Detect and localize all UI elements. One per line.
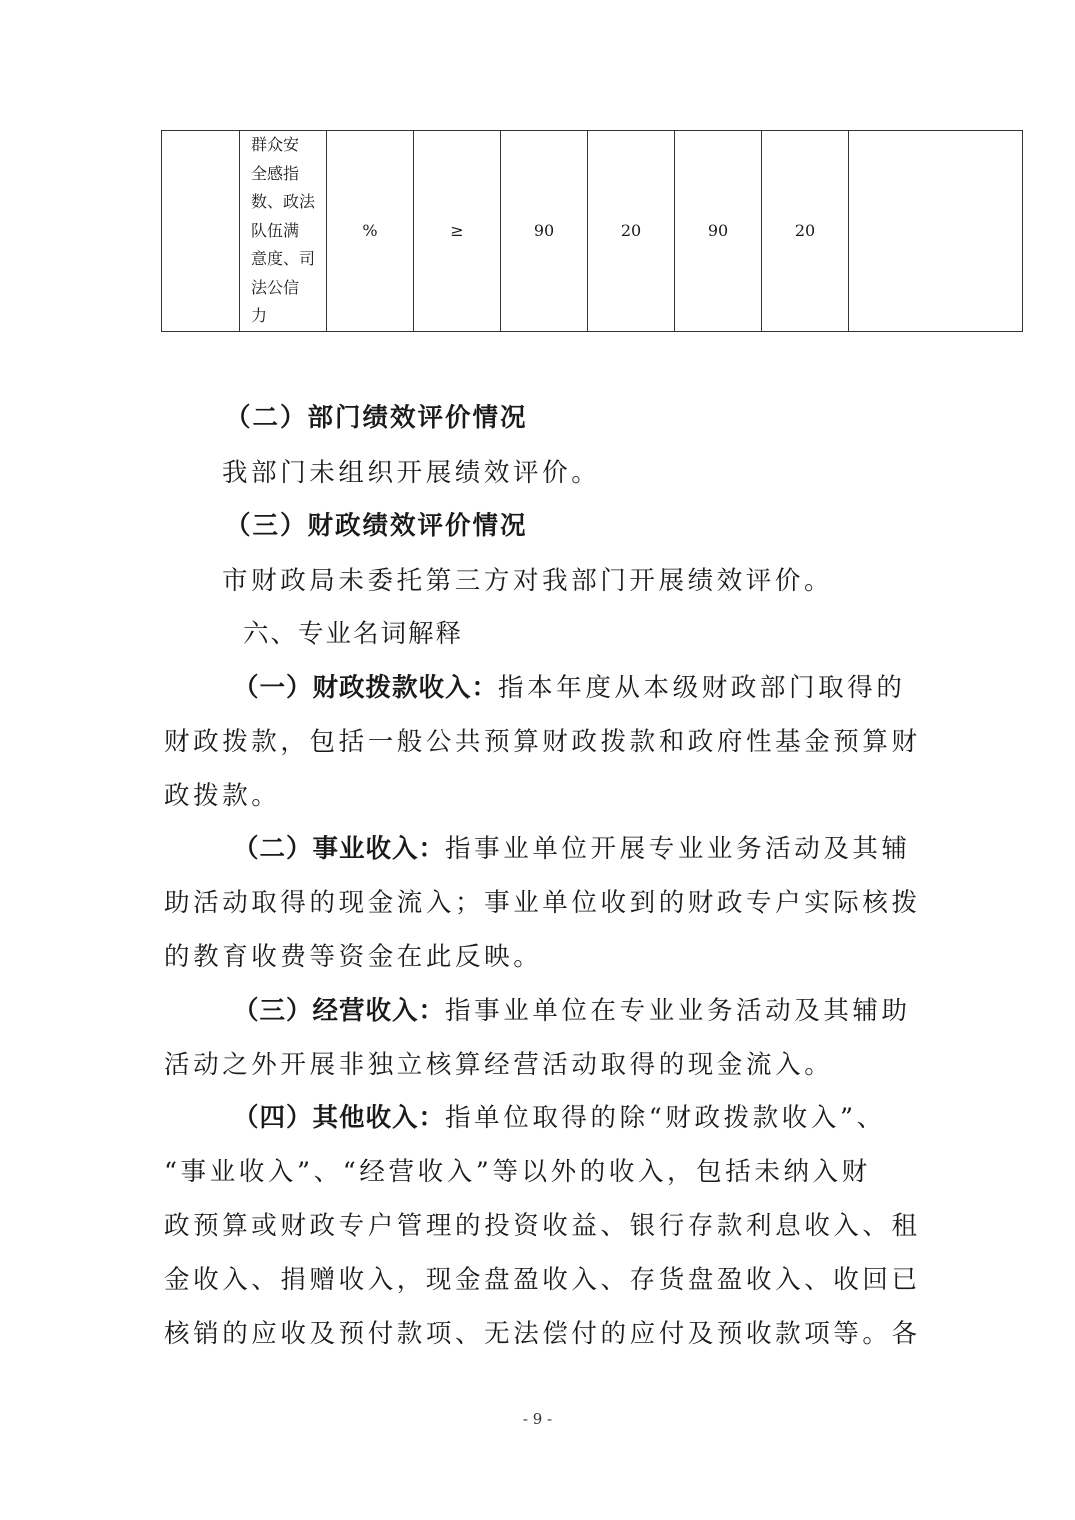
unit-cell: % [327, 131, 414, 332]
glossary-text: 指事业单位在专业业务活动及其辅助 [445, 996, 911, 1026]
weight-cell: 20 [588, 131, 675, 332]
indicator-line: 全感指 [251, 160, 326, 189]
operator-cell: ≥ [414, 131, 501, 332]
glossary-term: （二）事业收入： [233, 834, 445, 864]
indicator-line: 法公信 [251, 274, 326, 303]
glossary-item: （三）经营收入：指事业单位在专业业务活动及其辅助 [233, 991, 911, 1027]
glossary-text: 指单位取得的除“财政拨款收入”、 [445, 1103, 886, 1133]
glossary-text: 助活动取得的现金流入；事业单位收到的财政专户实际核拨 [164, 883, 921, 919]
glossary-heading: 六、专业名词解释 [243, 614, 463, 650]
indicator-line: 队伍满 [251, 217, 326, 246]
glossary-text: 财政拨款，包括一般公共预算财政拨款和政府性基金预算财 [164, 722, 921, 758]
performance-indicator-table: 群众安 全感指 数、政法 队伍满 意度、司 法公信 力 % ≥ 90 20 90… [161, 130, 1023, 332]
finance-eval-body: 市财政局未委托第三方对我部门开展绩效评价。 [222, 561, 833, 597]
glossary-text: 指事业单位开展专业业务活动及其辅 [445, 834, 911, 864]
indicator-name-cell: 群众安 全感指 数、政法 队伍满 意度、司 法公信 力 [240, 131, 327, 332]
glossary-item: （一）财政拨款收入：指本年度从本级财政部门取得的 [233, 668, 905, 704]
glossary-text: 核销的应收及预付款项、无法偿付的应付及预收款项等。各 [164, 1314, 921, 1350]
glossary-term: （四）其他收入： [233, 1103, 445, 1133]
indicator-line: 力 [251, 302, 326, 331]
glossary-text: 政拨款。 [164, 776, 280, 812]
target-value-cell: 90 [501, 131, 588, 332]
score-cell: 20 [762, 131, 849, 332]
glossary-item: （四）其他收入：指单位取得的除“财政拨款收入”、 [233, 1098, 886, 1134]
finance-eval-heading: （三）财政绩效评价情况 [225, 506, 528, 542]
glossary-text: 指本年度从本级财政部门取得的 [498, 673, 905, 703]
glossary-text: 政预算或财政专户管理的投资收益、银行存款利息收入、租 [164, 1206, 921, 1242]
page-number: - 9 - [0, 1410, 1075, 1428]
indicator-line: 群众安 [251, 131, 326, 160]
remark-cell [849, 131, 1023, 332]
glossary-text: 金收入、捐赠收入，现金盘盈收入、存货盘盈收入、收回已 [164, 1260, 921, 1296]
category-cell [162, 131, 240, 332]
glossary-term: （三）经营收入： [233, 996, 445, 1026]
indicator-line: 意度、司 [251, 245, 326, 274]
glossary-text: 的教育收费等资金在此反映。 [164, 937, 542, 973]
glossary-item: （二）事业收入：指事业单位开展专业业务活动及其辅 [233, 829, 911, 865]
actual-value-cell: 90 [675, 131, 762, 332]
dept-eval-heading: （二）部门绩效评价情况 [225, 398, 528, 434]
table-row: 群众安 全感指 数、政法 队伍满 意度、司 法公信 力 % ≥ 90 20 90… [162, 131, 1023, 332]
glossary-text: “事业收入”、“经营收入”等以外的收入，包括未纳入财 [164, 1152, 871, 1188]
glossary-text: 活动之外开展非独立核算经营活动取得的现金流入。 [164, 1045, 833, 1081]
dept-eval-body: 我部门未组织开展绩效评价。 [222, 453, 600, 489]
glossary-term: （一）财政拨款收入： [233, 673, 498, 703]
indicator-line: 数、政法 [251, 188, 326, 217]
